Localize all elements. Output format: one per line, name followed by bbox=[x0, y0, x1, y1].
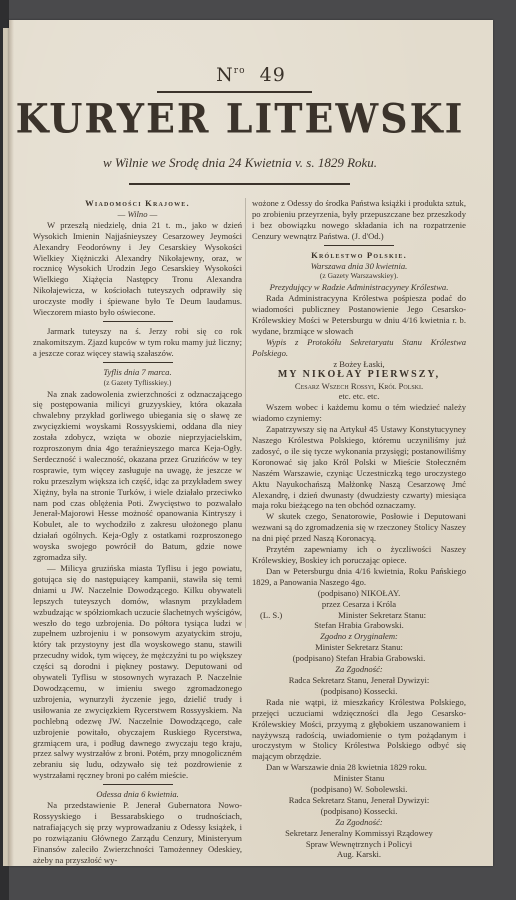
council-announcement: Rada nie wątpi, iż mieszkańcy Królestwa … bbox=[252, 697, 466, 762]
agreement-original: Zgodno z Oryginałem: bbox=[252, 631, 466, 642]
agreement-1: Za Zgodność: bbox=[252, 664, 466, 675]
decree-assurance: Przytém zapewniamy ich o życzliwości Nas… bbox=[252, 544, 466, 566]
minister-title-3: Minister Stanu bbox=[252, 773, 466, 784]
dateline-odessa: Odessa dnia 6 kwietnia. bbox=[33, 789, 242, 800]
article-odessa-books: Na przedstawienie P. Jenerał Gubernatora… bbox=[33, 800, 242, 865]
radca-name-1: (podpisano) Kossecki. bbox=[252, 686, 466, 697]
source-tiflis-gazette: (z Gazety Tyflisskiey.) bbox=[33, 378, 242, 389]
radca-title-1: Radca Sekretarz Stanu, Jenerał Dywizyi: bbox=[252, 675, 466, 686]
masthead-rule-bottom bbox=[129, 183, 350, 185]
decree-given: Dan w Petersburgu dnia 4/16 kwietnia, Ro… bbox=[252, 566, 466, 588]
radca-title-2: Radca Sekretarz Stanu, Jenerał Dywizyi: bbox=[252, 795, 466, 806]
decree-coronation: Zapatrzywszy się na Artykuł 45 Ustawy Ko… bbox=[252, 424, 466, 511]
ministry-name: Spraw Wewnętrznych i Policyi bbox=[252, 839, 466, 850]
source-warsaw-gazette: (z Gazety Warszawskiey). bbox=[252, 271, 466, 282]
separator-rule bbox=[103, 362, 173, 363]
issue-number: Nro 49 bbox=[9, 64, 493, 86]
given-warsaw: Dan w Warszawie dnia 28 kwietnia 1829 ro… bbox=[252, 762, 466, 773]
by-grace: z Bożey Łaski, bbox=[252, 359, 466, 370]
dateline-tiflis: Tyflis dnia 7 marca. bbox=[33, 367, 242, 378]
dateline-warsaw: Warszawa dnia 30 kwietnia. bbox=[252, 261, 466, 272]
council-heading: Prezydujący w Radzie Administracyyney Kr… bbox=[252, 282, 466, 293]
emperor-name: MY NIKOŁAY PIERWSZY, bbox=[252, 370, 466, 381]
minister-title-2: Minister Sekretarz Stanu: bbox=[252, 642, 466, 653]
issue-prefix-sup: ro bbox=[234, 66, 246, 76]
by-emperor-line: przez Cesarza i Króla bbox=[252, 599, 466, 610]
dateline-wilno: — Wilno — bbox=[33, 209, 242, 220]
secretary-name: Aug. Karski. bbox=[252, 849, 466, 860]
issue-number-value: 49 bbox=[260, 64, 286, 86]
emperor-title: Cesarz Wszech Rossyi, Król Polski. bbox=[252, 381, 466, 392]
seal-ls: (L. S.) bbox=[260, 610, 282, 621]
newspaper-title: KURYER LITEWSKI bbox=[9, 95, 471, 142]
left-column: Wiadomości Krajowe. — Wilno — W przeszłą… bbox=[33, 198, 242, 865]
decree-senators: W skutek czego, Senatorowie, Posłowie i … bbox=[252, 511, 466, 544]
secretary-title: Sekretarz Jeneralny Kommissyi Rządowey bbox=[252, 828, 466, 839]
masthead-rule-top bbox=[157, 91, 312, 93]
article-council: Rada Administracyyna Królestwa pośpiesza… bbox=[252, 293, 466, 337]
decree-declaration: Wszem wobec i każdemu komu o tém wiedzie… bbox=[252, 402, 466, 424]
etc-line: etc. etc. etc. bbox=[252, 391, 466, 402]
issue-prefix: N bbox=[216, 64, 234, 86]
article-wilno-feast: W przeszłą niedzielę, dnia 21 t. m., jak… bbox=[33, 220, 242, 318]
separator-rule bbox=[103, 321, 173, 322]
article-fair: Jarmark tuteyszy na ś. Jerzy robi się co… bbox=[33, 326, 242, 359]
minister-name-3: (podpisano) W. Sobolewski. bbox=[252, 784, 466, 795]
separator-rule bbox=[324, 245, 394, 246]
minister-name-2: (podpisano) Stefan Hrabia Grabowski. bbox=[252, 653, 466, 664]
article-odessa-continued: wożone z Odessy do środka Państwa książk… bbox=[252, 198, 466, 242]
separator-rule bbox=[103, 784, 173, 785]
column-divider bbox=[245, 198, 246, 628]
minister-title-1: Minister Sekretarz Stanu: bbox=[338, 610, 426, 621]
seal-line: (L. S.) Minister Sekretarz Stanu: bbox=[252, 610, 466, 621]
agreement-2: Za Zgodność: bbox=[252, 817, 466, 828]
right-column: wożone z Odessy do środka Państwa książk… bbox=[252, 198, 466, 860]
newspaper-page: Nro 49 KURYER LITEWSKI w Wilnie we Srodę… bbox=[9, 20, 493, 866]
article-georgian-militia: Na znak zadowolenia zwierzchności z odzn… bbox=[33, 389, 242, 564]
radca-name-2: (podpisano) Kossecki. bbox=[252, 806, 466, 817]
section-heading-kingdom: Królestwo Polskie. bbox=[252, 250, 466, 261]
extract-heading: Wypis z Protokółu Sekretaryatu Stanu Kró… bbox=[252, 337, 466, 359]
dateline: w Wilnie we Srodę dnia 24 Kwietnia v. s.… bbox=[9, 155, 471, 171]
article-tiflis-militia: — Milicya gruzińska miasta Tyflisu i jeg… bbox=[33, 563, 242, 781]
section-heading-domestic: Wiadomości Krajowe. bbox=[33, 198, 242, 209]
signature-nikolay: (podpisano) NIKOŁAY. bbox=[252, 588, 466, 599]
minister-name-1: Stefan Hrabia Grabowski. bbox=[252, 620, 466, 631]
